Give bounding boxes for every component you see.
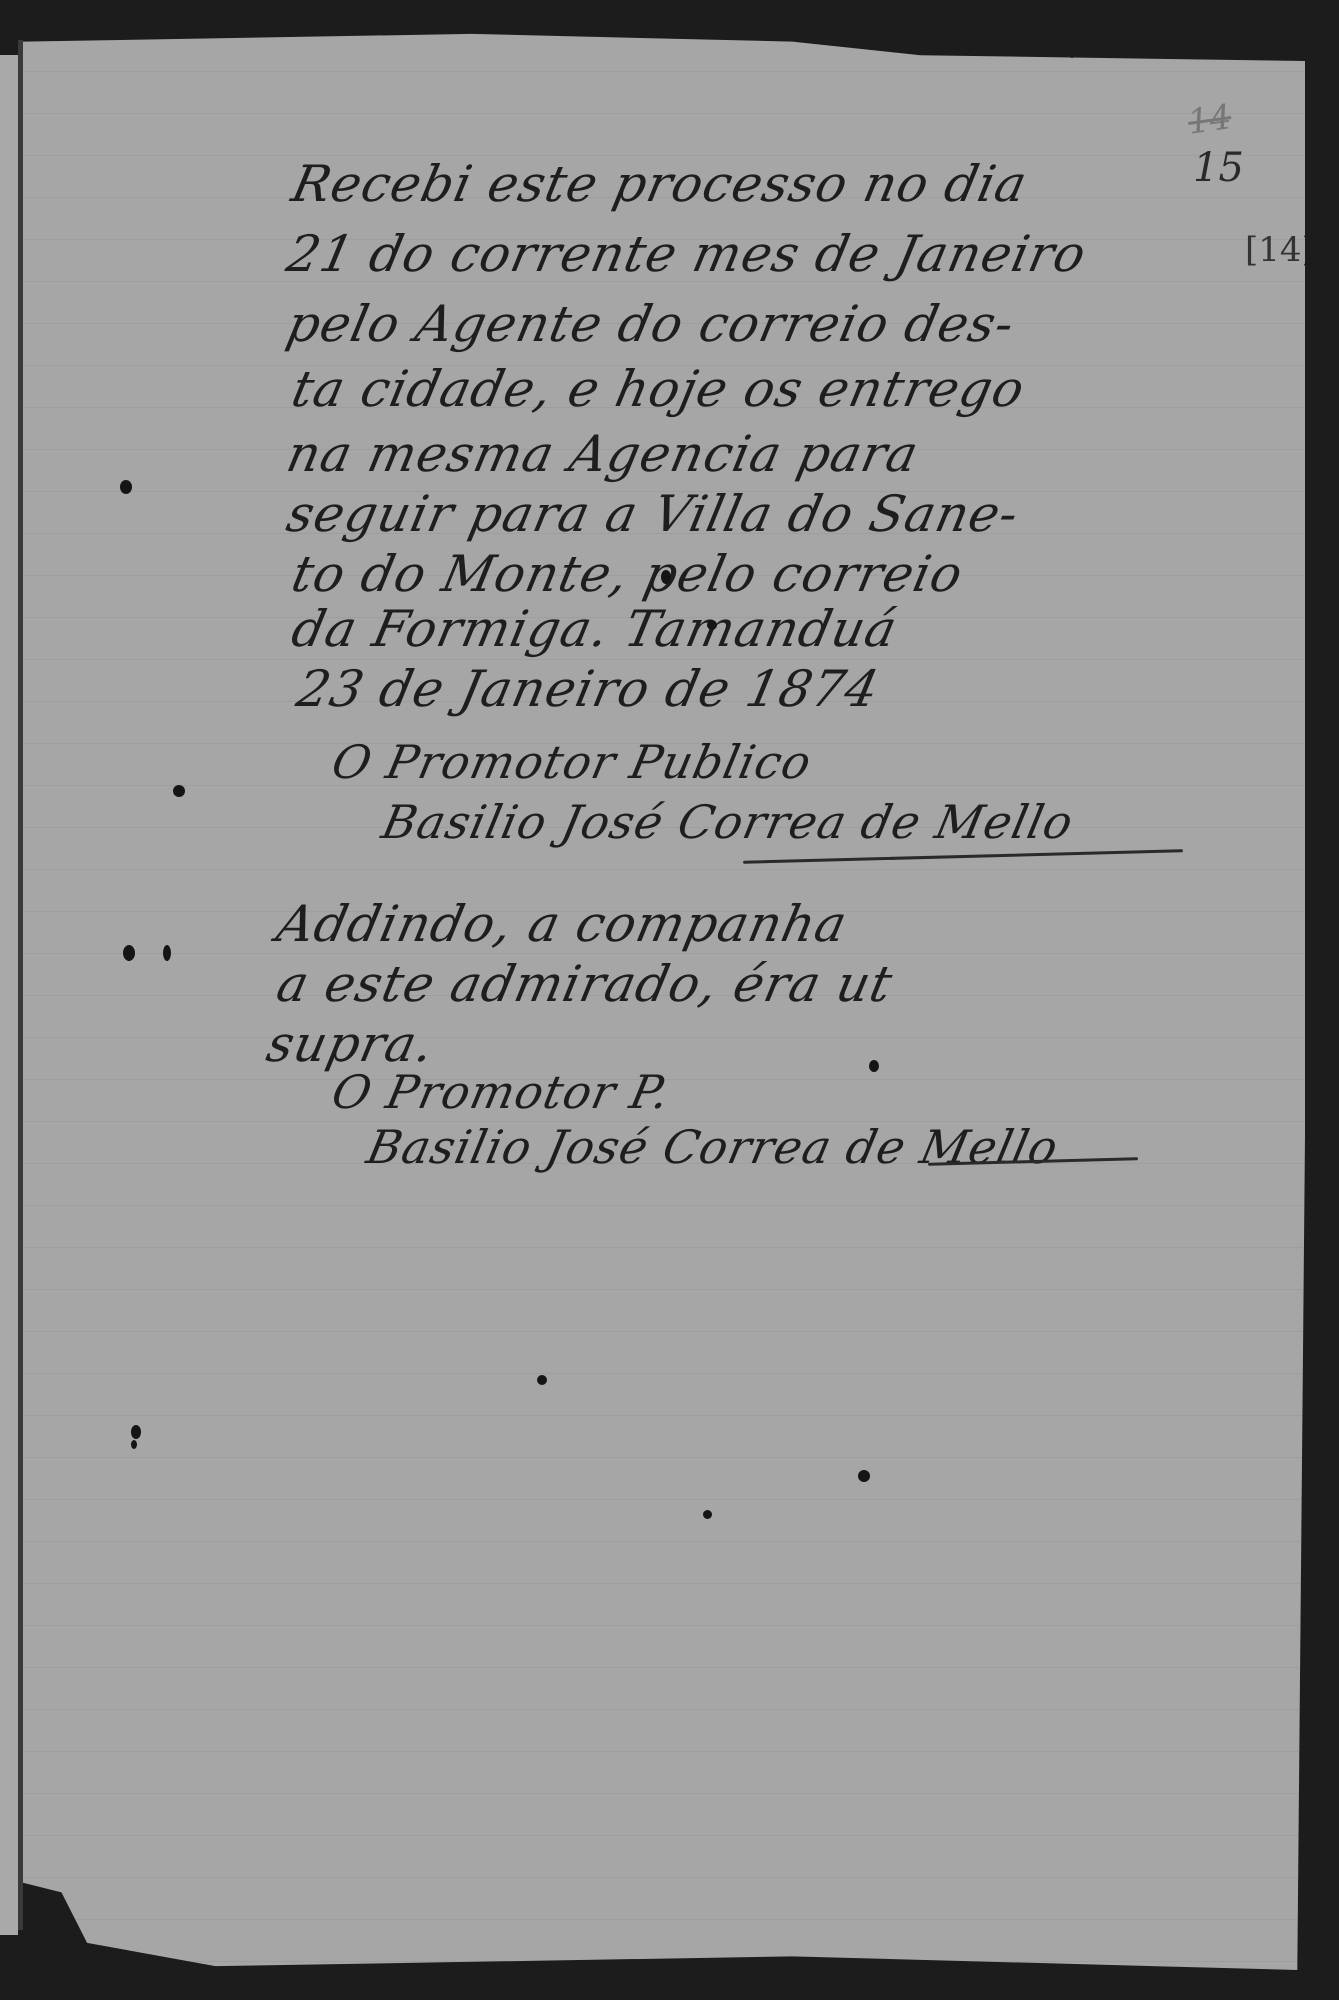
ink-blot (707, 620, 717, 630)
ink-blot (120, 480, 132, 494)
adjacent-page-edge (0, 55, 18, 1935)
ink-speck (1069, 52, 1075, 58)
certificate-line: da Formiga. Tamanduá (287, 600, 903, 658)
ink-speck (131, 1440, 137, 1449)
archival-folio-number: [14] (1245, 230, 1315, 270)
annotation-line: Addindo, a companha (272, 895, 853, 953)
certificate-line: 21 do corrente mes de Janeiro (282, 225, 1092, 283)
signature-name: Basilio José Correa de Mello (377, 795, 1078, 849)
folio-struck-number: 14 (1185, 97, 1233, 143)
signature-name: Basilio José Correa de Mello (362, 1120, 1063, 1174)
annotation-line: a este admirado, éra ut (272, 955, 898, 1013)
ink-blot (537, 1375, 547, 1385)
ink-blot (131, 1425, 141, 1439)
certificate-line: ta cidade, e hoje os entrego (287, 360, 1030, 418)
ink-blot (703, 1510, 712, 1519)
certificate-line: seguir para a Villa do Sane- (282, 485, 1024, 543)
binding-gutter (18, 40, 23, 1930)
certificate-line: to do Monte, pelo correio (287, 545, 969, 603)
ink-blot (173, 785, 185, 797)
certificate-date-line: 23 de Janeiro de 1874 (292, 660, 885, 718)
certificate-line: pelo Agente do correio des- (282, 295, 1020, 353)
folio-number: 15 (1193, 145, 1244, 191)
ink-blot (163, 945, 171, 961)
ink-blot (858, 1470, 870, 1482)
ink-blot (661, 570, 671, 584)
ink-blot (123, 945, 135, 961)
certificate-line: Recebi este processo no dia (287, 155, 1033, 213)
signature-title: O Promotor Publico (327, 735, 816, 789)
document-page: 14 15 [14] Recebi este processo no dia 2… (23, 30, 1305, 1970)
signature-flourish (743, 849, 1183, 864)
ink-blot (869, 1060, 879, 1072)
signature-title: O Promotor P. (327, 1065, 675, 1119)
certificate-line: na mesma Agencia para (282, 425, 924, 483)
